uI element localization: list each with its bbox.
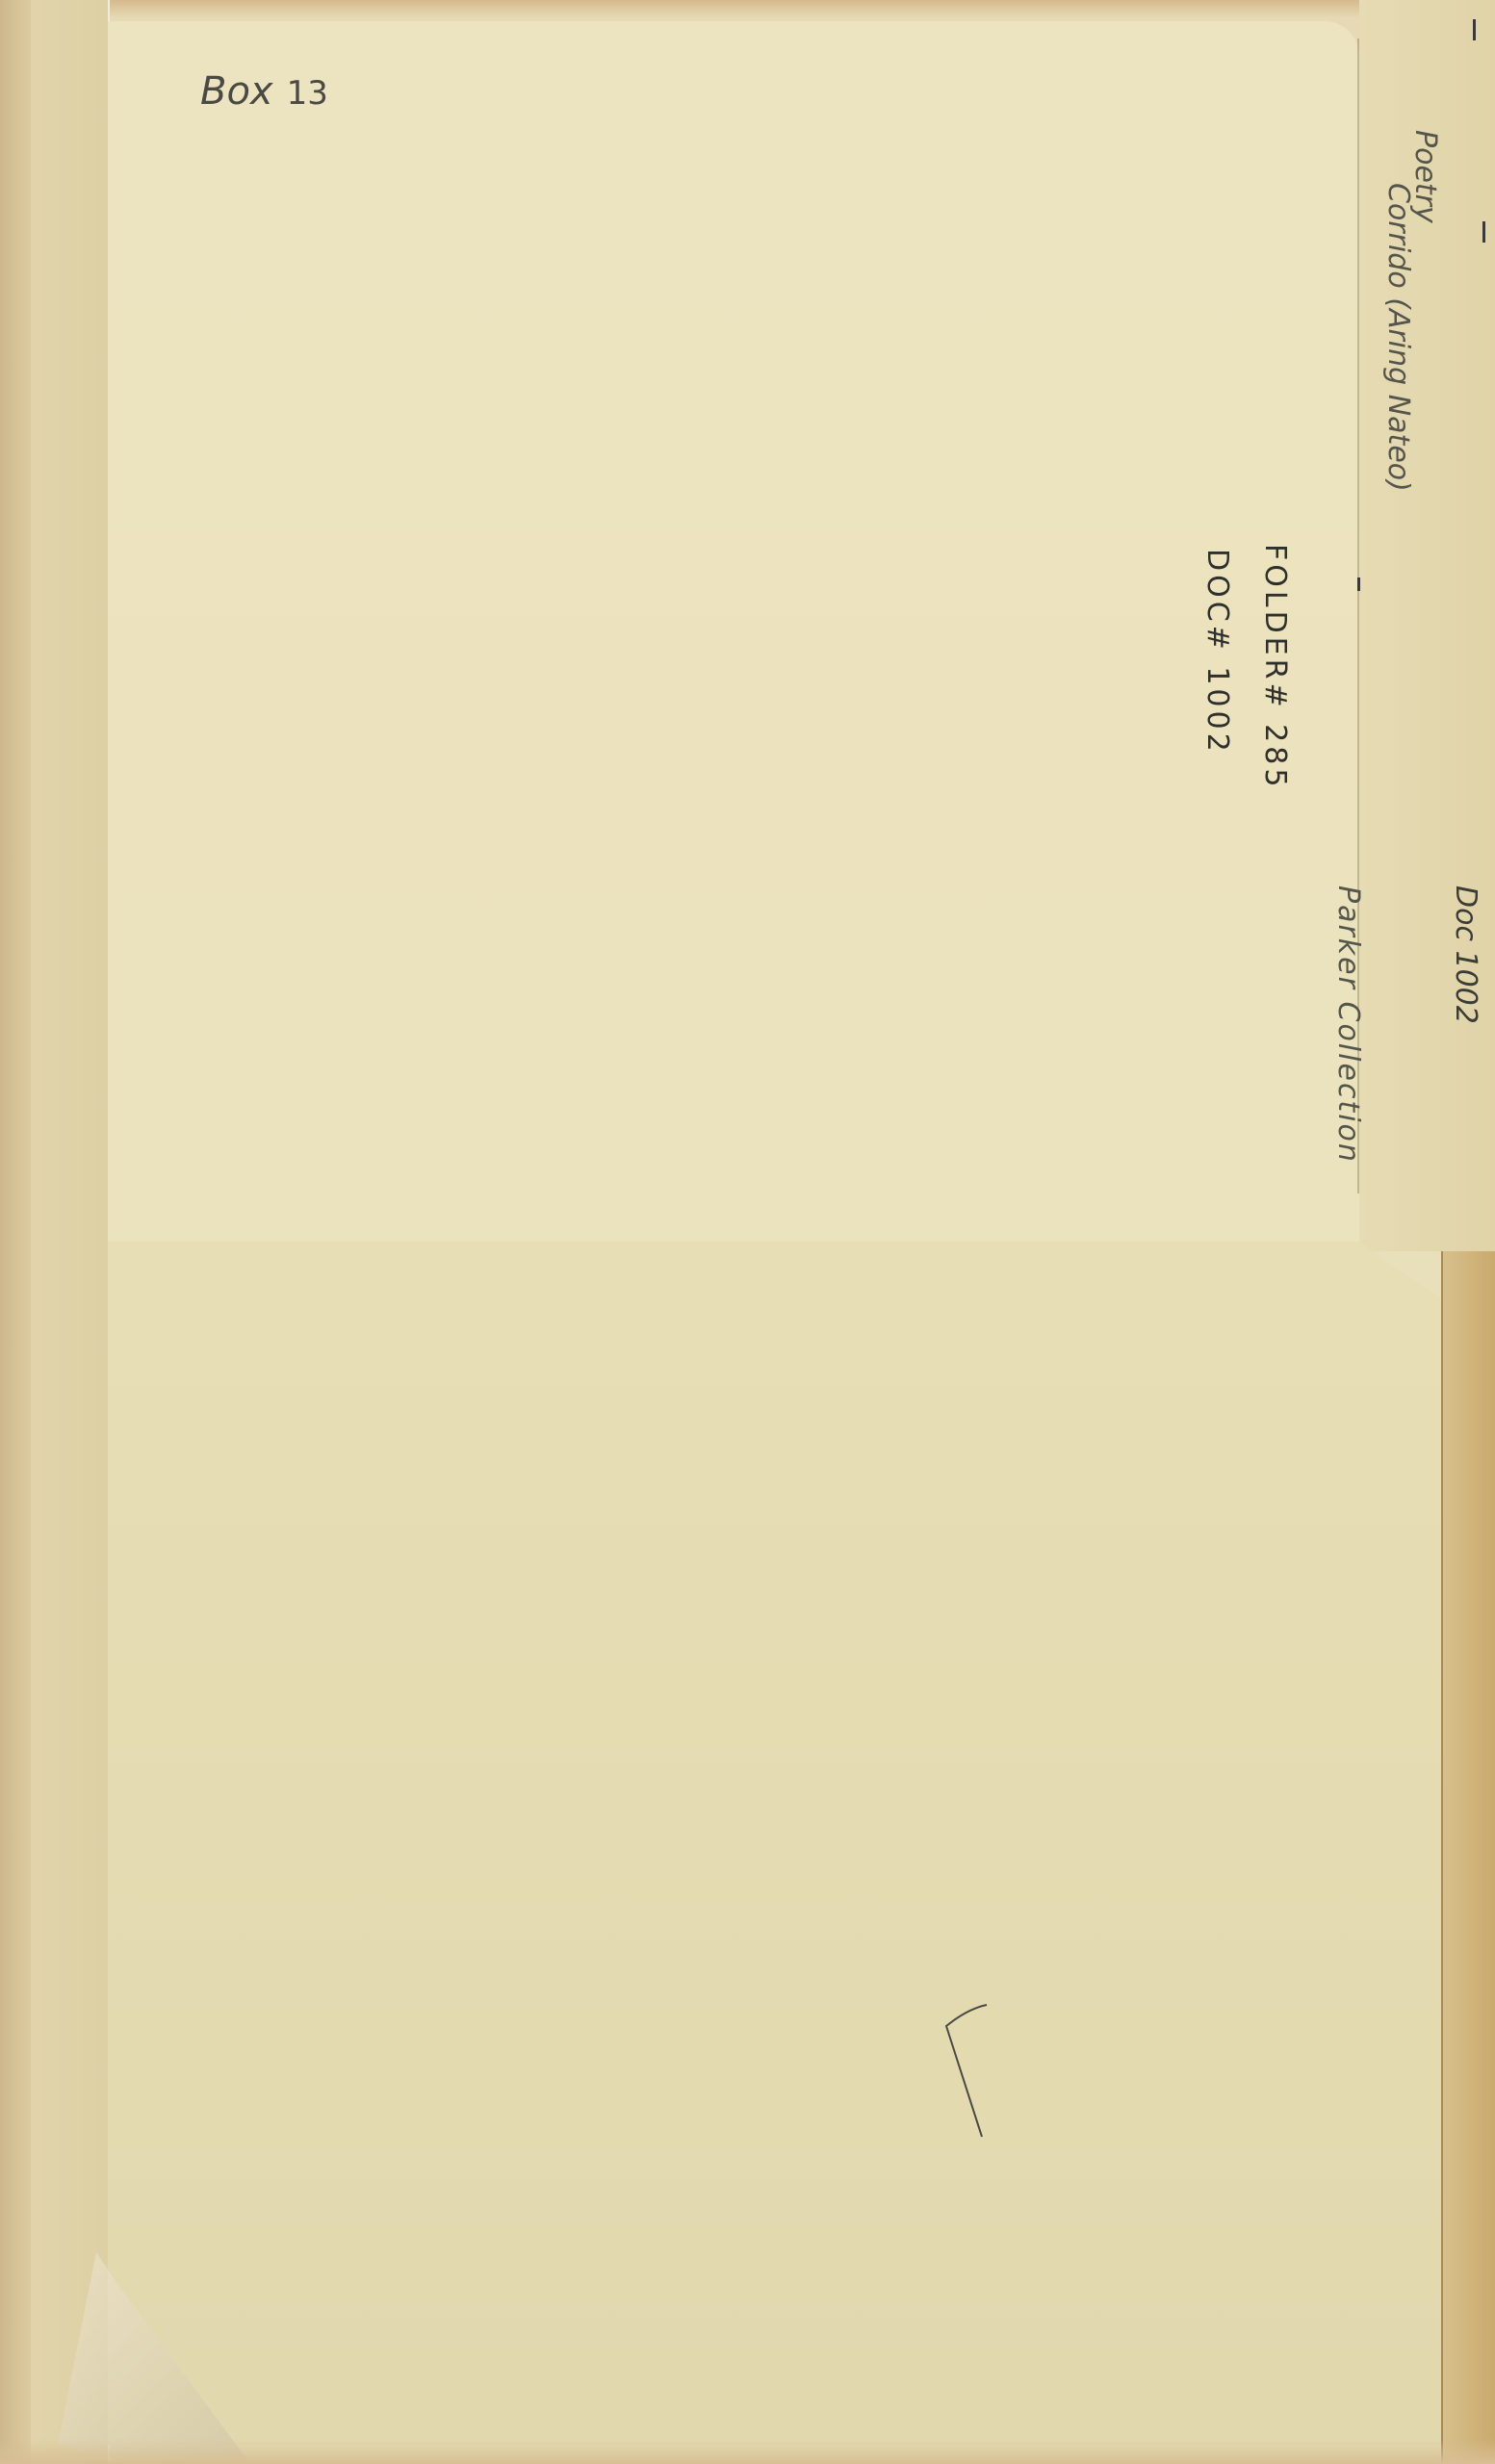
binding-strip-inner bbox=[31, 0, 110, 2464]
pencil-check-mark bbox=[939, 1997, 996, 2142]
tab-title-note: Corrido (Aring Nateo) bbox=[1381, 183, 1415, 492]
folder-number-label: FOLDER# 285 bbox=[1258, 544, 1292, 790]
collection-note: Parker Collection bbox=[1331, 885, 1365, 1164]
folder-lower-panel bbox=[108, 1242, 1441, 2445]
bottom-edge bbox=[0, 2439, 1495, 2464]
pencil-tick bbox=[1473, 19, 1476, 40]
tab-doc-note: Doc 1002 bbox=[1449, 885, 1482, 1024]
pencil-tick bbox=[1482, 221, 1485, 243]
pencil-tick bbox=[1357, 577, 1360, 591]
box-number-note: Box13 bbox=[200, 69, 328, 114]
top-edge bbox=[0, 0, 1495, 17]
doc-number-label: DOC# 1002 bbox=[1200, 549, 1234, 756]
box-label: Box bbox=[200, 69, 273, 114]
binding-strip-outer bbox=[0, 0, 32, 2464]
right-edge-strip bbox=[1441, 1251, 1495, 2464]
box-number: 13 bbox=[287, 74, 328, 113]
